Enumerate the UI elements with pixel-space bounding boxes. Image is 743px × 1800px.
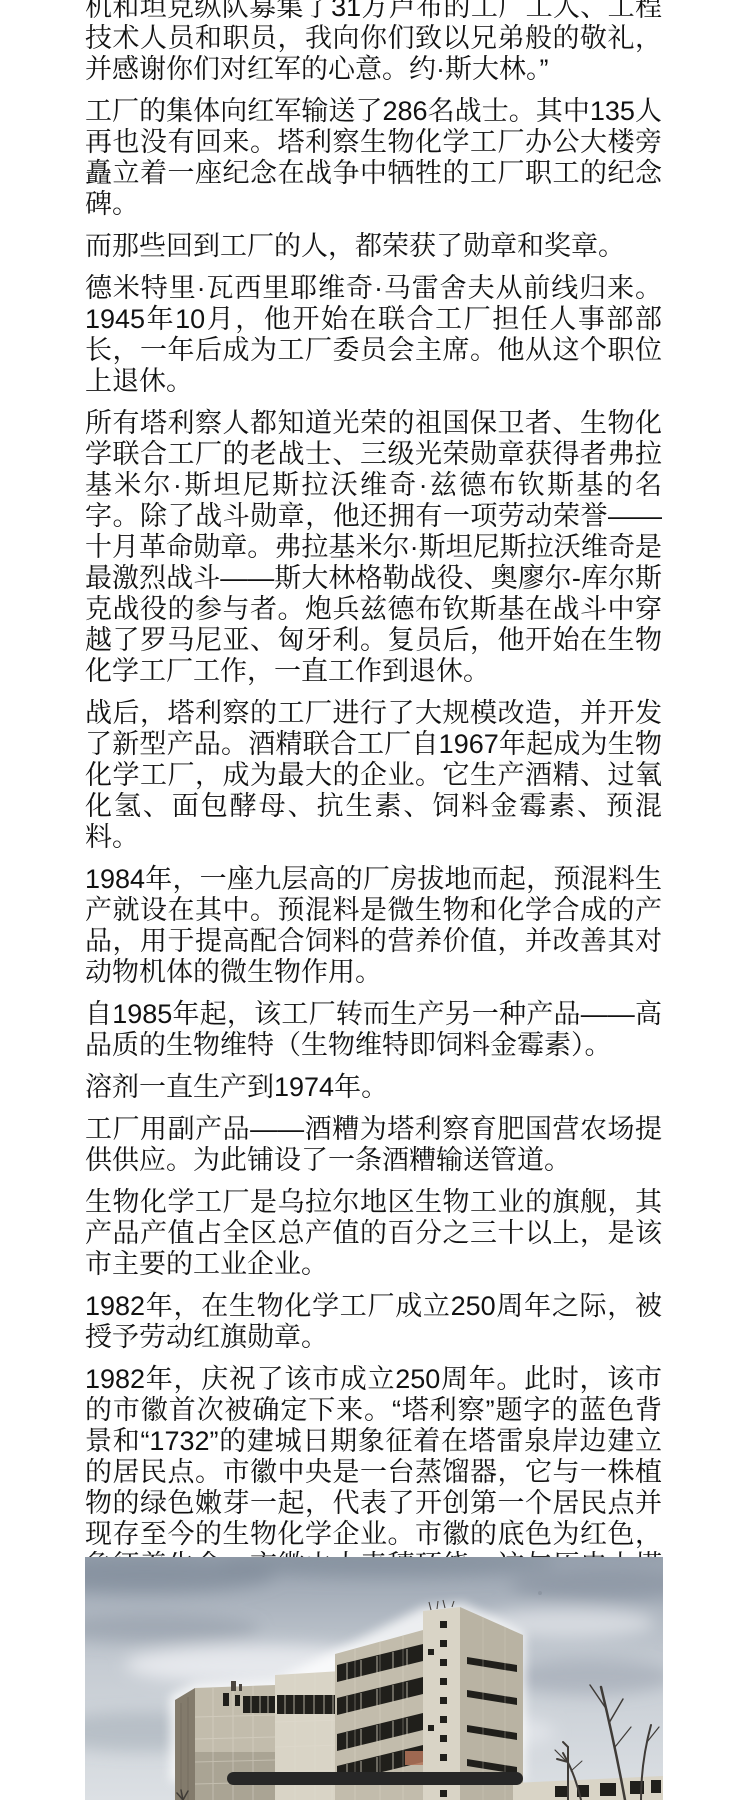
paragraph: 所有塔利察人都知道光荣的祖国保卫者、生物化学联合工厂的老战士、三级光荣勋章获得者… — [85, 408, 662, 687]
article-body: 机和坦克纵队募集了31万卢布的工厂工人、工程技术人员和职员，我向你们致以兄弟般的… — [0, 0, 743, 1557]
paragraph: 1982年，在生物化学工厂成立250周年之际，被授予劳动红旗勋章。 — [85, 1291, 662, 1353]
bird-speck — [538, 1591, 542, 1595]
paragraph: 战后，塔利察的工厂进行了大规模改造，并开发了新型产品。酒精联合工厂自1967年起… — [85, 698, 662, 853]
paragraph: 1982年，庆祝了该市成立250周年。此时，该市的市徽首次被确定下来。“塔利察”… — [85, 1364, 662, 1557]
paragraph: 自1985年起，该工厂转而生产另一种产品——高品质的生物维特（生物维特即饲料金霉… — [85, 999, 662, 1061]
factory-photo-illustration — [85, 1557, 663, 1800]
paragraph: 机和坦克纵队募集了31万卢布的工厂工人、工程技术人员和职员，我向你们致以兄弟般的… — [85, 0, 662, 85]
paragraph: 工厂用副产品——酒糟为塔利察育肥国营农场提供供应。为此铺设了一条酒糟输送管道。 — [85, 1114, 662, 1176]
paragraph: 德米特里·瓦西里耶维奇·马雷舍夫从前线归来。1945年10月，他开始在联合工厂担… — [85, 273, 662, 397]
factory-photo — [85, 1557, 663, 1800]
paragraph: 生物化学工厂是乌拉尔地区生物工业的旗舰，其产品产值占全区总产值的百分之三十以上，… — [85, 1187, 662, 1280]
paragraph: 而那些回到工厂的人，都荣获了勋章和奖章。 — [85, 231, 662, 262]
paragraph: 溶剂一直生产到1974年。 — [85, 1072, 662, 1103]
paragraph: 工厂的集体向红军输送了286名战士。其中135人再也没有回来。塔利察生物化学工厂… — [85, 96, 662, 220]
article-page: 机和坦克纵队募集了31万卢布的工厂工人、工程技术人员和职员，我向你们致以兄弟般的… — [0, 0, 743, 1800]
paragraph: 1984年，一座九层高的厂房拔地而起，预混料生产就设在其中。预混料是微生物和化学… — [85, 864, 662, 988]
dark-overlay-bar[interactable] — [227, 1772, 523, 1785]
